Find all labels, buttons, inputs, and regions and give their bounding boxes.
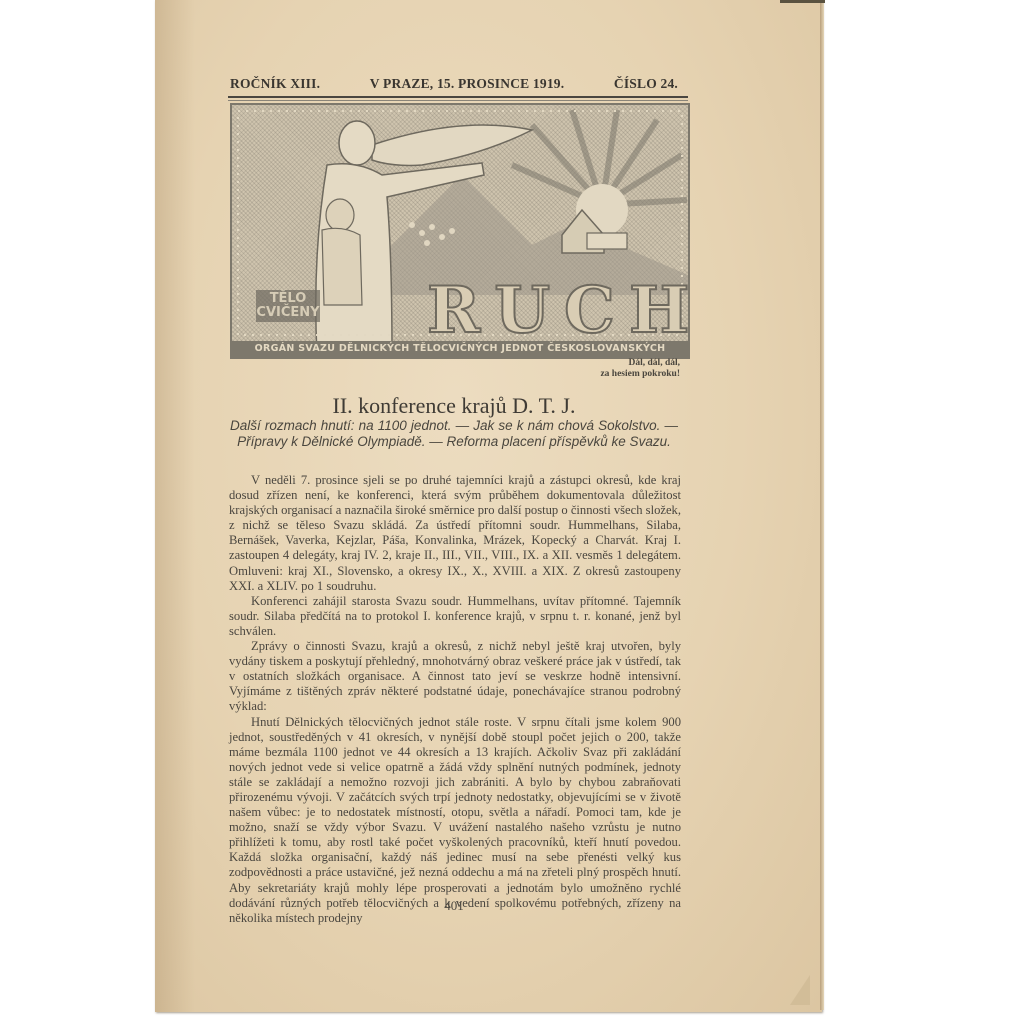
issue-number: ČÍSLO 24.	[614, 76, 678, 92]
tag-line-2: CVIČENY	[256, 306, 320, 320]
article-headline: II. konference krajů D. T. J.	[230, 393, 678, 419]
motto: Dál, dál, dál, za hesiem pokroku!	[560, 358, 680, 380]
paragraph: Zprávy o činnosti Svazu, krajů a okresů,…	[229, 639, 681, 714]
motto-line-1: Dál, dál, dál,	[560, 358, 680, 369]
organ-banner: ORGÁN SVAZU DĚLNICKÝCH TĚLOCVIČNÝCH JEDN…	[232, 341, 688, 357]
masthead-rule	[228, 96, 688, 98]
masthead-illustration: RUCH TĚLO CVIČENY ORGÁN SVAZU DĚLNICKÝCH…	[230, 103, 690, 359]
place-date: V PRAZE, 15. PROSINCE 1919.	[370, 76, 565, 92]
page-number: 401	[230, 898, 678, 914]
volume-label: ROČNÍK XIII.	[230, 76, 320, 92]
article-subheadline: Další rozmach hnutí: na 1100 jednot. — J…	[230, 418, 678, 450]
paragraph: Hnutí Dělnických tělocvičných jednot stá…	[229, 715, 681, 926]
ruch-title: RUCH	[427, 273, 690, 348]
paragraph: Konferenci zahájil starosta Svazu soudr.…	[229, 594, 681, 639]
masthead-rule-thin	[228, 100, 688, 101]
masthead: ROČNÍK XIII. V PRAZE, 15. PROSINCE 1919.…	[230, 76, 678, 96]
article-body: V neděli 7. prosince sjeli se po druhé t…	[229, 473, 681, 926]
binding-strip	[780, 0, 825, 3]
page-edge	[820, 0, 824, 1010]
motto-line-2: za hesiem pokroku!	[560, 369, 680, 380]
corner-fold	[790, 975, 810, 1005]
tag-label: TĚLO CVIČENY	[256, 290, 320, 322]
paragraph: V neděli 7. prosince sjeli se po druhé t…	[229, 473, 681, 594]
tag-line-1: TĚLO	[256, 292, 320, 306]
